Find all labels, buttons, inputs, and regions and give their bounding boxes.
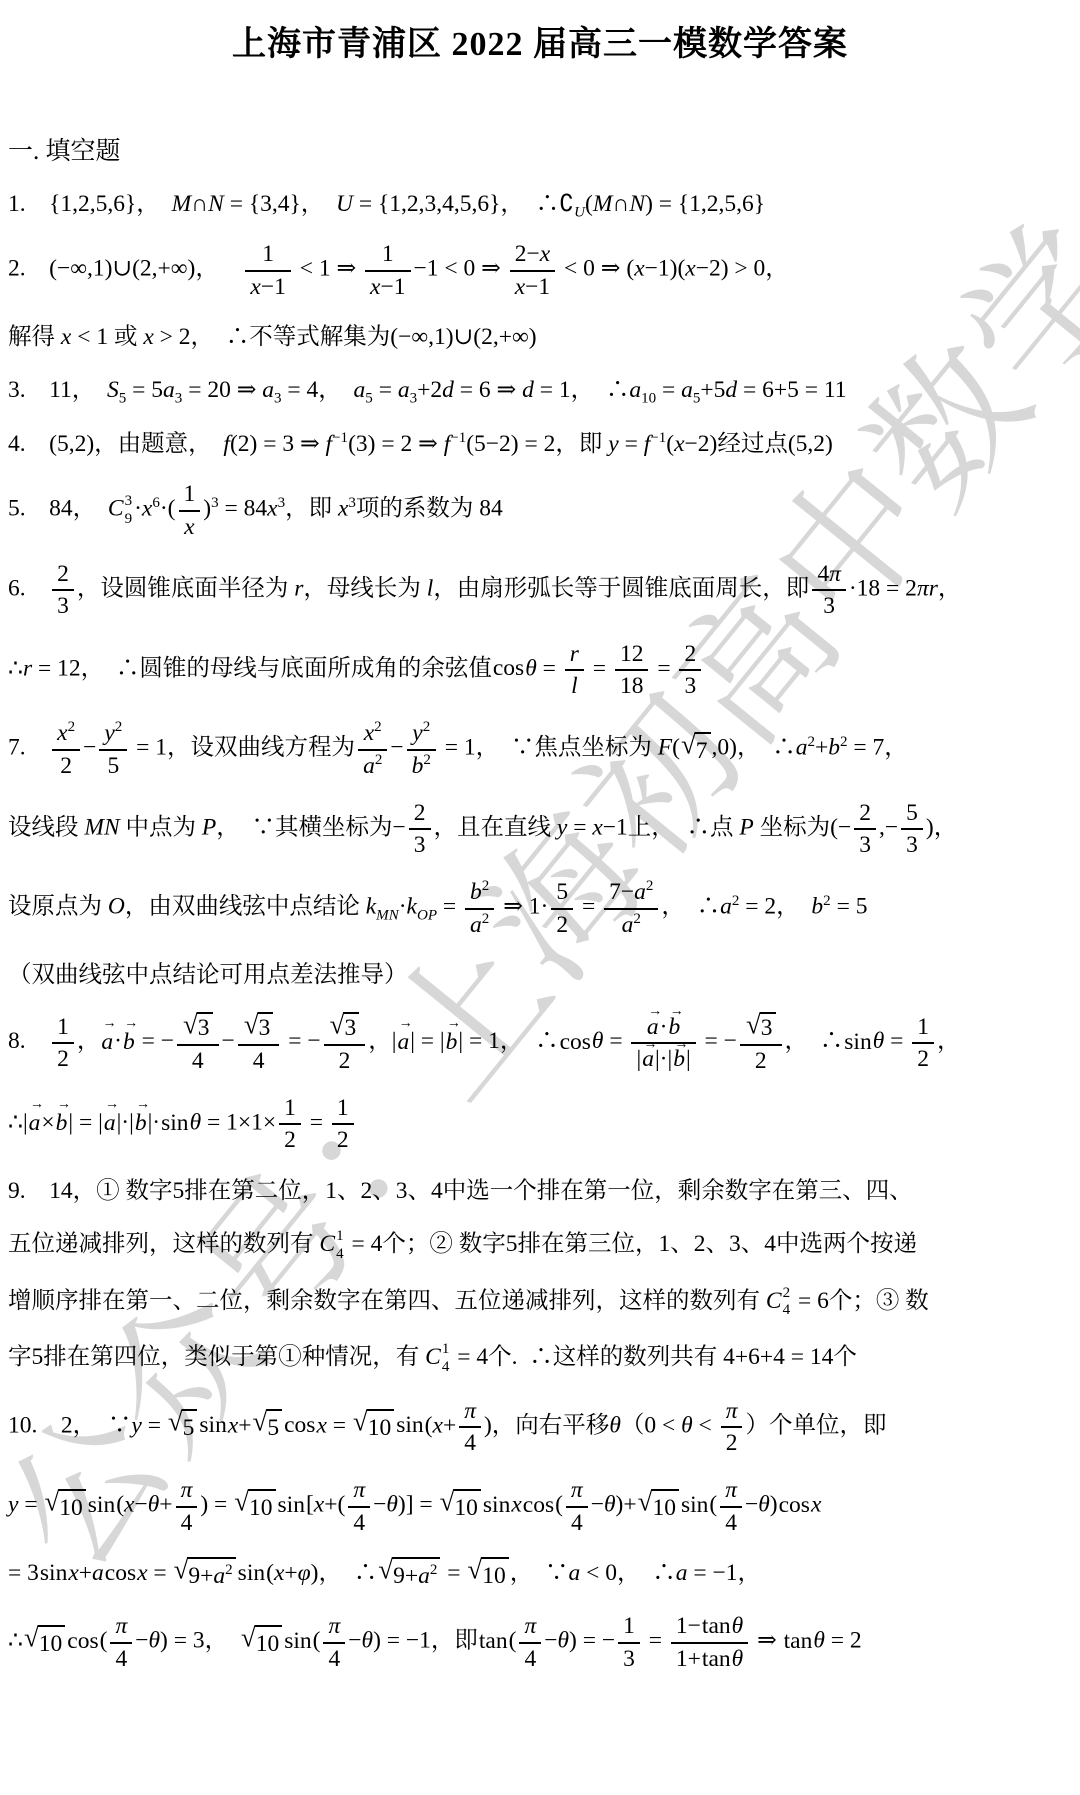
answer-line: 3. 11， S5 = 5a3 = 20 ⇒ a3 = 4， a5 = a3+2… [8,374,1076,406]
answer-line: 10. 2， ∵y = √5sinx+√5cosx = √10sin(x+π4)… [8,1398,1076,1457]
answer-line: 4. (5,2)，由题意， f(2) = 3 ⇒ f−1(3) = 2 ⇒ f−… [8,428,1076,460]
answer-line: 9. 14，① 数字5排在第二位，1、2、3、4中选一个排在第一位，剩余数字在第… [8,1175,1076,1207]
vector-arrow-icon: → [124,1016,138,1030]
answer-line: 五位递减排列，这样的数列有 C14 = 4个；② 数字5排在第三位，1、2、3、… [8,1228,1076,1264]
answer-line: 设线段 MN 中点为 P， ∵其横坐标为−23，且在直线 y = x−1上， ∴… [8,800,1076,859]
answer-line: 设原点为 O，由双曲线弦中点结论 kMN·kOP = b2a2 ⇒ 1·52 =… [8,879,1076,938]
vector-arrow-icon: → [674,1037,688,1051]
content-wrap: 上海市青浦区 2022 届高三一模数学答案 一. 填空题 1. {1,2,5,6… [0,16,1080,1672]
answer-line: 增顺序排在第一、二位，剩余数字在第四、五位递减排列，这样的数列有 C24 = 6… [8,1285,1076,1321]
page-title: 上海市青浦区 2022 届高三一模数学答案 [0,16,1080,65]
answer-line: ∴r = 12， ∴圆锥的母线与底面所成角的余弦值cosθ = rl = 121… [8,641,1076,700]
answer-line: ∴√10cos(π4−θ) = 3， √10sin(π4−θ) = −1，即ta… [8,1613,1076,1672]
answers-content: 1. {1,2,5,6}， M∩N = {3,4}， U = {1,2,3,4,… [0,188,1080,1672]
section-header: 一. 填空题 [8,131,1080,167]
answer-line: = 3sinx+acosx = √9+a2sin(x+φ)， ∴√9+a2 = … [8,1557,1076,1592]
answer-line: 6. 23，设圆锥底面半径为 r，母线长为 l，由扇形弧长等于圆锥底面周长，即4… [8,561,1076,620]
vector-arrow-icon: → [447,1016,461,1030]
answer-line: ∴|→a×→b| = |→a|·|→b|·sinθ = 1×1×12 = 12 [8,1095,1076,1154]
answer-line: 8. 12，→a·→b = −√34−√34 = −√32，|→a| = |→b… [8,1012,1076,1074]
answer-line: 字5排在第四位，类似于第①种情况，有 C14 = 4个. ∴这样的数列共有 4+… [8,1341,1076,1377]
answer-line: 5. 84， C39·x6·(1x)3 = 84x3，即 x3项的系数为 84 [8,481,1076,540]
answer-line: 1. {1,2,5,6}， M∩N = {3,4}， U = {1,2,3,4,… [8,188,1076,220]
vector-arrow-icon: → [30,1097,44,1111]
vector-arrow-icon: → [136,1097,150,1111]
answer-line: 解得 x < 1 或 x > 2， ∴不等式解集为(−∞,1)∪(2,+∞) [8,321,1076,353]
vector-arrow-icon: → [399,1016,413,1030]
vector-arrow-icon: → [648,1004,662,1018]
vector-arrow-icon: → [57,1097,71,1111]
vector-arrow-icon: → [105,1097,119,1111]
vector-arrow-icon: → [670,1004,684,1018]
vector-arrow-icon: → [643,1037,657,1051]
answer-line: 7. x22−y25 = 1，设双曲线方程为x2a2−y2b2 = 1， ∵焦点… [8,720,1076,779]
answer-line: （双曲线弦中点结论可用点差法推导） [8,959,1076,991]
answer-line: 2. (−∞,1)∪(2,+∞)， 1x−1 < 1 ⇒ 1x−1−1 < 0 … [8,241,1076,300]
answer-line: y = √10sin(x−θ+π4) = √10sin[x+(π4−θ)] = … [8,1477,1076,1536]
vector-arrow-icon: → [103,1016,117,1030]
document-page: 公众号：上海初高中数学 上海市青浦区 2022 届高三一模数学答案 一. 填空题… [0,0,1080,1795]
